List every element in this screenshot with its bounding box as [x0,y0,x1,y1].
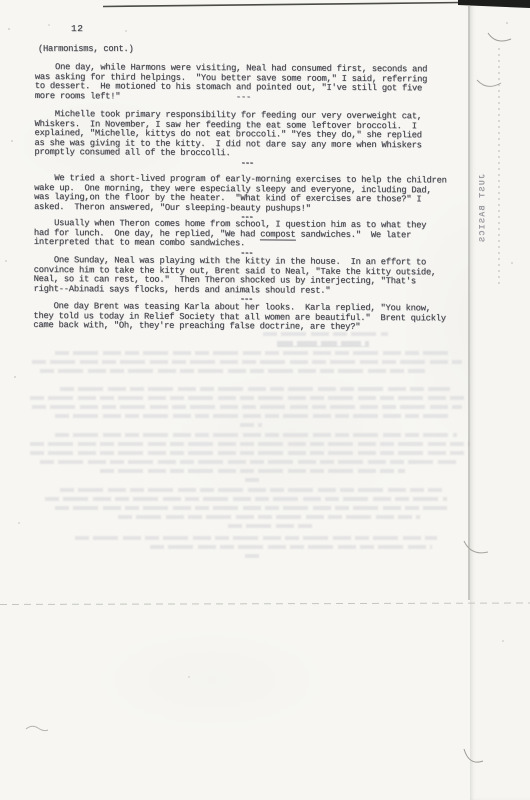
ghost-text-line [150,545,432,549]
ghost-text-line [60,387,450,391]
ghost-text-line [30,451,467,455]
ghost-text-line [245,478,261,482]
ghost-text-line [30,396,467,400]
ghost-text-line [240,423,262,427]
ghost-text-line [30,442,470,446]
ghost-text-line [118,515,420,519]
paragraph-1: One day, while Harmons were visiting, Ne… [35,63,427,104]
ghost-text-line [40,460,460,464]
paragraph-5: One Sunday, Neal was playing with the ki… [34,256,437,297]
ghost-text-line [40,369,425,373]
ghost-text-line [32,405,462,409]
scanned-document-page: JUST BASICS 12 (Harmonisms, cont.) One d… [0,0,530,800]
paragraph-3: We tried a short-lived program of early-… [34,174,447,215]
ghost-text-line [60,488,442,492]
paper-speckles [8,28,10,30]
ghost-text-line [32,360,462,364]
ghost-text-line [100,469,405,473]
ghost-text-line [75,536,437,540]
ghost-text-line [45,497,447,501]
ghost-text-line [228,524,312,528]
ghost-text-line [55,433,457,437]
paragraph-6: One day Brent was teasing Karla about he… [33,302,446,333]
page-number: 12 [71,23,83,34]
underlined-word: compost [260,229,295,241]
paragraph-2: Michelle took primary responsibility for… [34,110,422,160]
ghost-text-line [55,414,450,418]
ghost-text-line [55,351,450,355]
ghost-text-line [55,506,447,510]
paragraph-4: Usually when Theron comes home from scho… [34,219,426,250]
ghost-text-line [277,341,369,347]
section-heading: (Harmonisms, cont.) [38,44,134,54]
ghost-text-line [245,554,263,558]
